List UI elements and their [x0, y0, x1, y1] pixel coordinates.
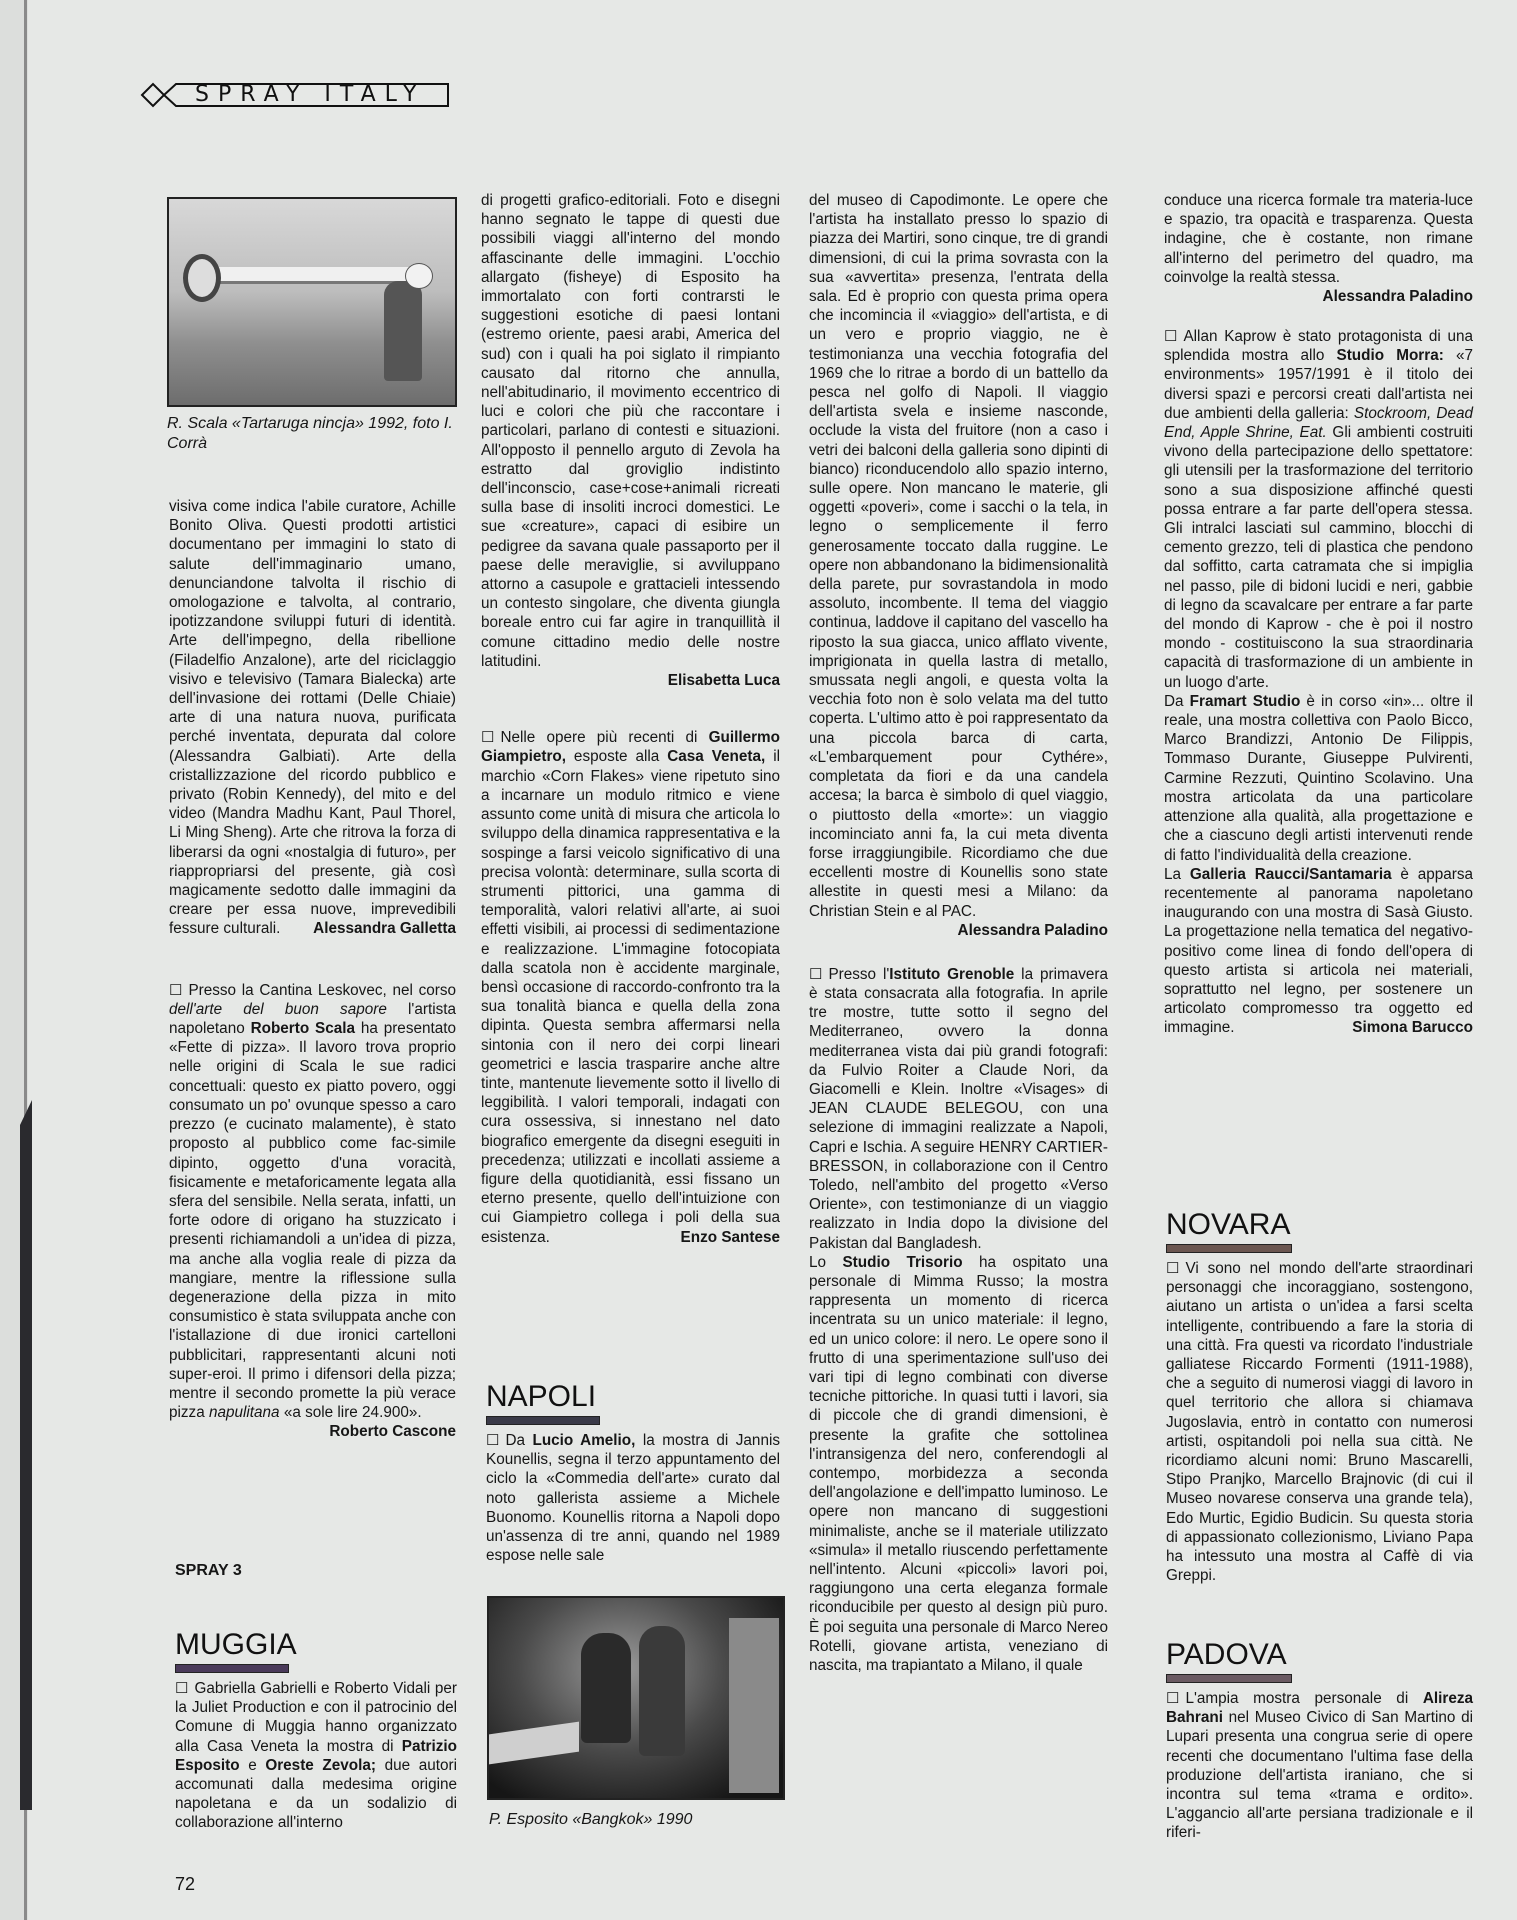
bullet-box-icon: ☐	[481, 729, 494, 746]
bullet-box-icon: ☐	[1166, 1690, 1179, 1707]
article-framart: Da Framart Studio è in corso «in»... olt…	[1164, 692, 1473, 865]
section-rule	[1166, 1244, 1292, 1253]
section-title-muggia: MUGGIA	[175, 1628, 457, 1662]
article-novara: ☐Vi sono nel mondo dell'arte straordinar…	[1166, 1259, 1473, 1585]
column-4: conduce una ricerca formale tra materia-…	[1164, 191, 1473, 1038]
article-kounellis: del museo di Capodimonte. Le opere che l…	[809, 191, 1108, 921]
section-title-napoli: NAPOLI	[486, 1380, 780, 1414]
section-rule	[175, 1664, 289, 1673]
column-1: visiva come indica l'abile curatore, Ach…	[169, 497, 456, 1442]
author-signature: Enzo Santese	[681, 1228, 780, 1247]
author-signature: Alessandra Paladino	[1323, 287, 1473, 306]
article-trisorio: Lo Studio Trisorio ha ospitato una perso…	[809, 1253, 1108, 1675]
photo-tartaruga	[167, 197, 457, 407]
article-kaprow: ☐Allan Kaprow è stato protagonista di un…	[1164, 327, 1473, 692]
article-giampietro: ☐Nelle opere più recenti di Guillermo Gi…	[481, 728, 780, 1246]
header-title: SPRAY ITALY	[195, 82, 425, 107]
bullet-box-icon: ☐	[1164, 328, 1177, 345]
article-rotelli-end: conduce una ricerca formale tra materia-…	[1164, 191, 1473, 287]
photo-bangkok	[487, 1596, 785, 1800]
page-number: 72	[175, 1874, 195, 1895]
column-3: del museo di Capodimonte. Le opere che l…	[809, 191, 1108, 1675]
article-padova: ☐L'ampia mostra personale di Alireza Bah…	[1166, 1689, 1473, 1843]
author-signature: Alessandra Paladino	[958, 921, 1108, 940]
bullet-box-icon: ☐	[175, 1680, 188, 1697]
column-4-novara: NOVARA ☐Vi sono nel mondo dell'arte stra…	[1166, 1208, 1473, 1585]
photo-caption-1: R. Scala «Tartaruga nincja» 1992, foto I…	[167, 414, 457, 454]
article-grenoble: ☐Presso l'Istituto Grenoble la primavera…	[809, 965, 1108, 1253]
article-luca: di progetti grafico-editoriali. Foto e d…	[481, 191, 780, 690]
article-galletta: visiva come indica l'abile curatore, Ach…	[169, 497, 456, 939]
author-signature: Elisabetta Luca	[481, 671, 780, 690]
author-signature: Roberto Cascone	[169, 1422, 456, 1441]
section-header: SPRAY ITALY	[140, 80, 450, 110]
section-title-padova: PADOVA	[1166, 1638, 1473, 1672]
article-scala: ☐Presso la Cantina Leskovec, nel corso d…	[169, 981, 456, 1442]
bullet-box-icon: ☐	[486, 1432, 499, 1449]
author-signature: Simona Barucco	[1352, 1018, 1473, 1037]
column-2-napoli: NAPOLI ☐Da Lucio Amelio, la mostra di Ja…	[486, 1380, 780, 1565]
author-signature: Alessandra Galletta	[313, 919, 456, 938]
bullet-box-icon: ☐	[809, 966, 822, 983]
column-1-muggia: MUGGIA ☐Gabriella Gabrielli e Roberto Vi…	[175, 1628, 457, 1833]
footer-label: SPRAY 3	[175, 1562, 242, 1580]
binding-shadow	[20, 1100, 32, 1810]
section-title-novara: NOVARA	[1166, 1208, 1473, 1242]
section-rule	[1166, 1674, 1292, 1683]
article-amelio: ☐Da Lucio Amelio, la mostra di Jannis Ko…	[486, 1431, 780, 1565]
column-2: di progetti grafico-editoriali. Foto e d…	[481, 191, 780, 1247]
bullet-box-icon: ☐	[169, 982, 182, 999]
article-muggia: ☐Gabriella Gabrielli e Roberto Vidali pe…	[175, 1679, 457, 1833]
article-raucci: La Galleria Raucci/Santamaria è apparsa …	[1164, 865, 1473, 1038]
bullet-box-icon: ☐	[1166, 1260, 1179, 1277]
column-4-padova: PADOVA ☐L'ampia mostra personale di Alir…	[1166, 1638, 1473, 1843]
photo-caption-2: P. Esposito «Bangkok» 1990	[489, 1810, 783, 1830]
section-rule	[486, 1416, 600, 1425]
